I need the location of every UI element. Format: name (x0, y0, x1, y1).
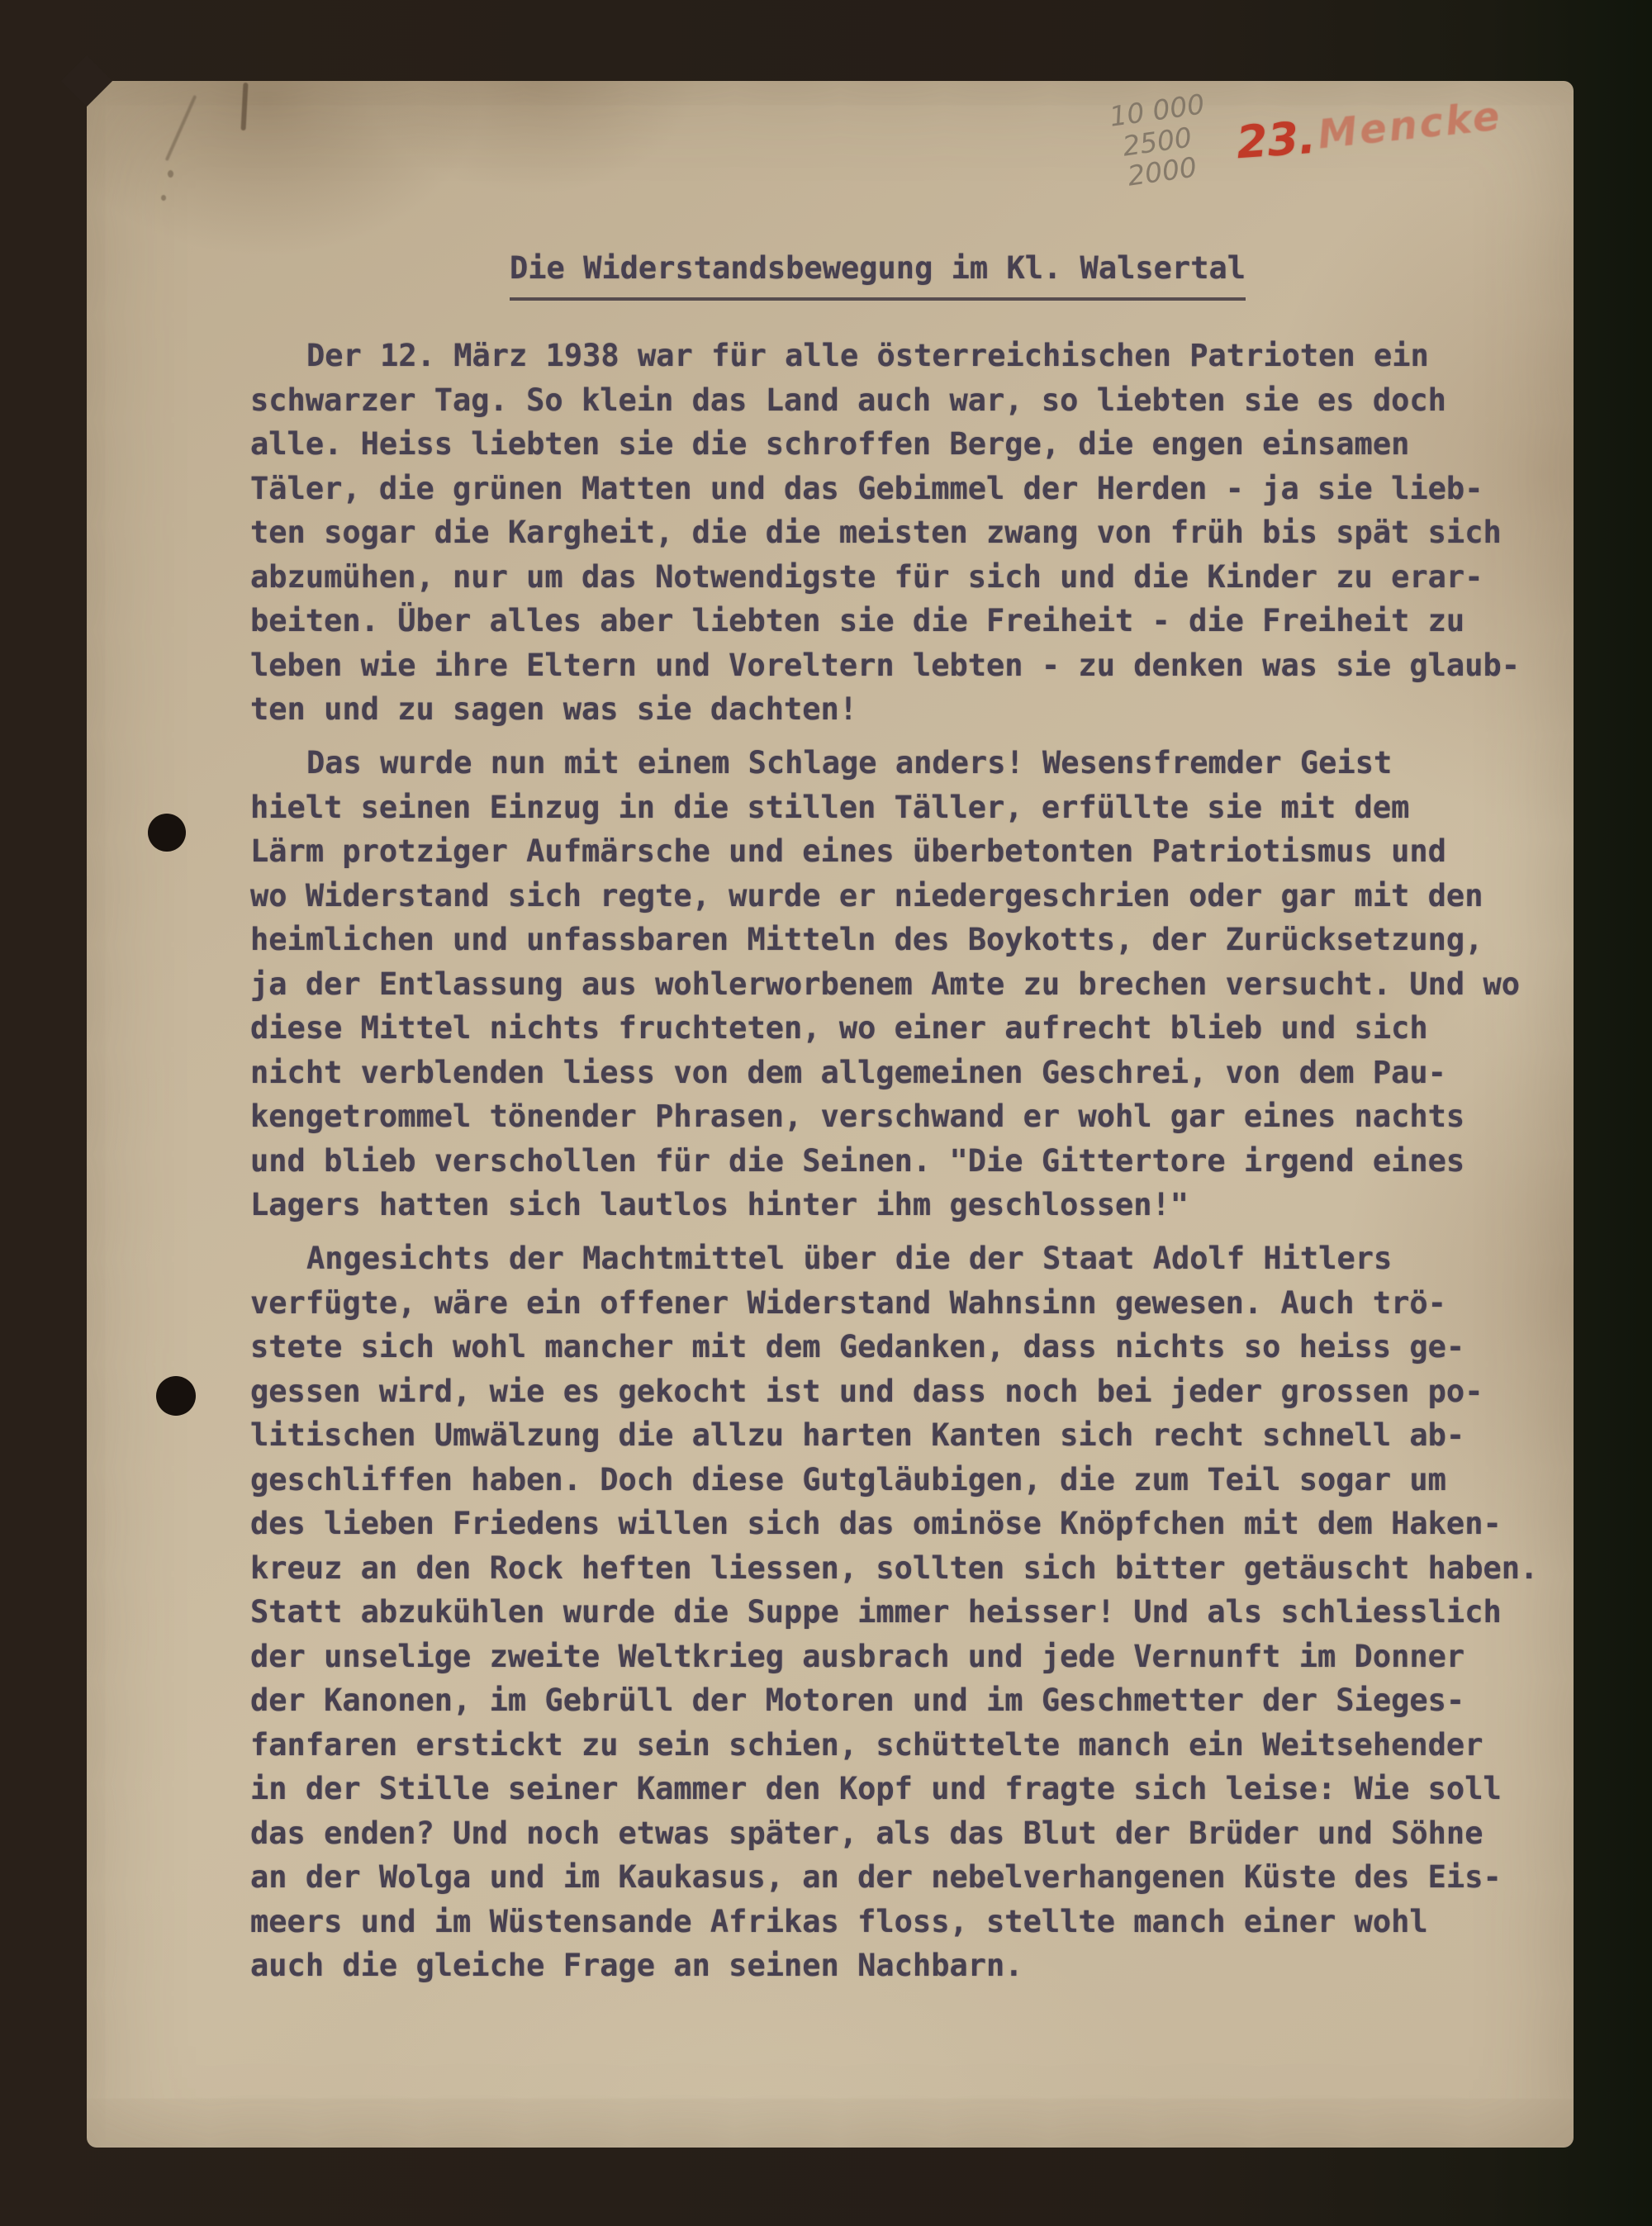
paragraph: Das wurde nun mit einem Schlage anders! … (250, 741, 1580, 1227)
paragraph: Angesichts der Machtmittel über die der … (250, 1236, 1580, 1988)
page-title: Die Widerstandsbewegung im Kl. Walsertal (510, 246, 1246, 301)
red-crayon-name: Mencke (1316, 93, 1504, 158)
hole-punch-top (148, 814, 186, 852)
hole-punch-bottom (156, 1376, 196, 1416)
paragraph: Der 12. März 1938 war für alle österreic… (250, 334, 1580, 732)
pencil-slash-mark (165, 95, 197, 161)
pencil-dot-mark (168, 170, 173, 178)
torn-corner-notch (61, 55, 112, 107)
document-page: 10 000 2500 2000 23. Mencke Die Widersta… (87, 81, 1574, 2148)
red-crayon-number: 23. (1235, 112, 1317, 169)
pencil-dot-mark (161, 195, 166, 201)
ink-smudge-mark (240, 83, 248, 131)
